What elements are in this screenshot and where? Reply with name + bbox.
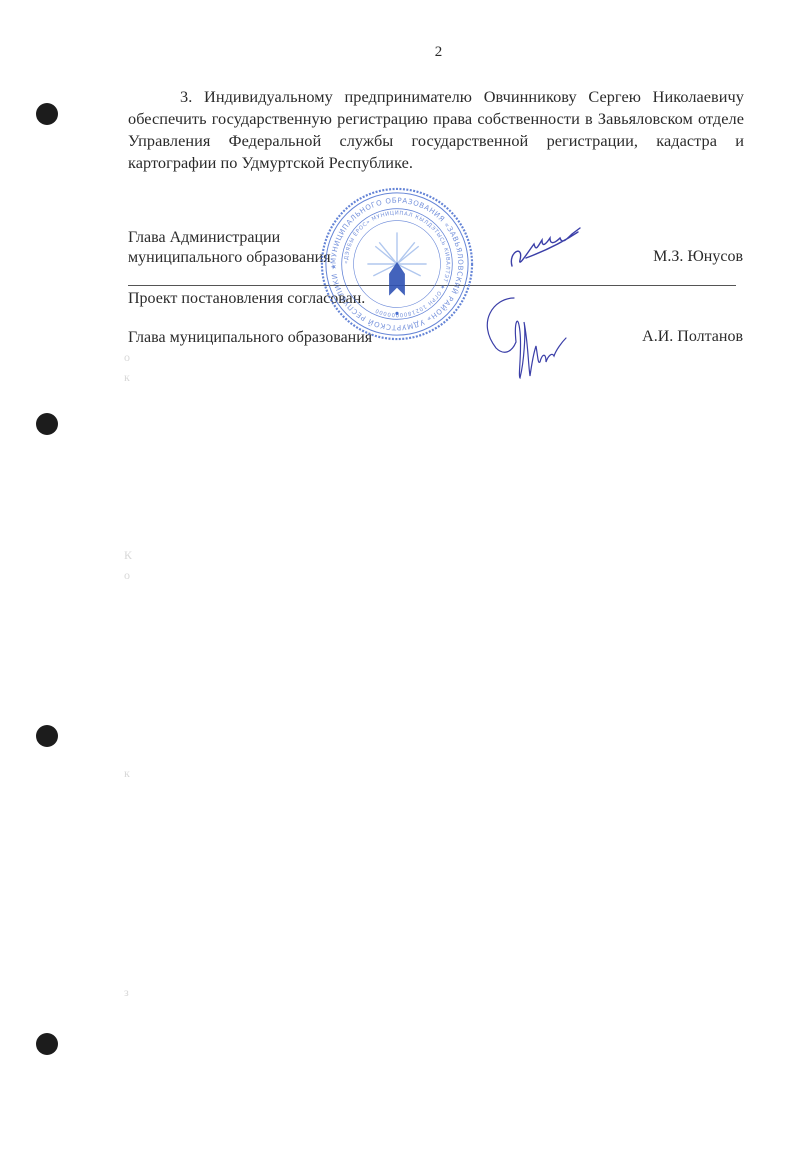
page-number: 2 (0, 44, 800, 61)
official-stamp-icon: МУНИЦИПАЛЬНОГО ОБРАЗОВАНИЯ «ЗАВЬЯЛОВСКИЙ… (318, 185, 476, 343)
punch-hole (36, 725, 58, 747)
head-admin-title-line1: Глава Администрации (128, 228, 331, 248)
bleed-through-mark: о (124, 350, 130, 365)
head-admin-title-line2: муниципального образования (128, 248, 331, 268)
bleed-through-mark: з (124, 985, 129, 1000)
svg-text:МУНИЦИПАЛЬНОГО ОБРАЗОВАНИЯ «ЗА: МУНИЦИПАЛЬНОГО ОБРАЗОВАНИЯ «ЗАВЬЯЛОВСКИЙ… (318, 185, 465, 332)
head-admin-title: Глава Администрации муниципального образ… (128, 228, 331, 268)
bleed-through-mark: к (124, 370, 130, 385)
punch-hole (36, 1033, 58, 1055)
bleed-through-mark: о (124, 568, 130, 583)
head-municipality-name: А.И. Полтанов (642, 328, 743, 346)
punch-hole (36, 413, 58, 435)
signature-yunusov-icon (506, 222, 586, 272)
bleed-through-mark: к (124, 766, 130, 781)
signature-poltanov-icon (474, 292, 574, 382)
head-admin-name: М.З. Юнусов (653, 248, 743, 266)
punch-hole (36, 103, 58, 125)
paragraph-item-3: 3. Индивидуальному предпринимателю Овчин… (128, 86, 744, 174)
bleed-through-mark: К (124, 548, 132, 563)
